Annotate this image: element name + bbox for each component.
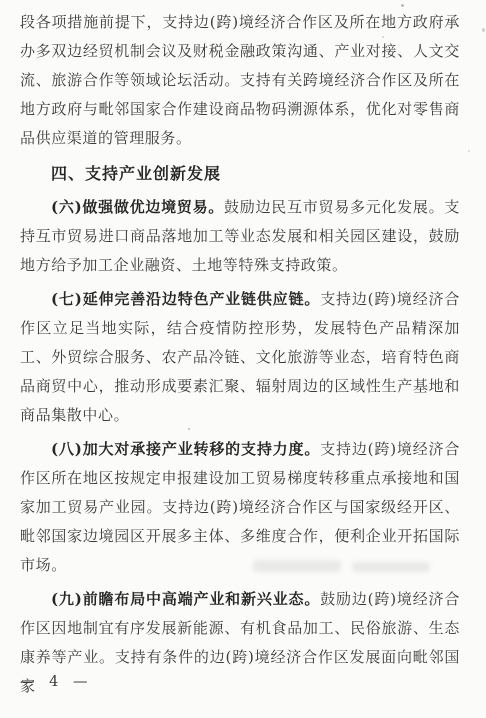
item-lead: (六)做强做优边境贸易。 [51, 198, 224, 216]
section-heading: 四、支持产业创新发展 [20, 159, 460, 188]
paragraph-item-8: (八)加大对承接产业转移的支持力度。支持边(跨)境经济合作区所在地区按规定申报建… [20, 435, 460, 580]
paragraph-continuation: 段各项措施前提下，支持边(跨)境经济合作区及所在地方政府承办多双边经贸机制会议及… [20, 8, 460, 153]
item-text: 支持边(跨)境经济合作区立足当地实际，结合疫情防控形势，发展特色产品精深加工、外… [20, 290, 460, 424]
item-text: 支持边(跨)境经济合作区所在地区按规定申报建设加工贸易梯度转移重点承接地和国家加… [20, 440, 460, 574]
item-lead: (九)前瞻布局中高端产业和新兴业态。 [51, 590, 320, 608]
paragraph-item-6: (六)做强做优边境贸易。鼓励边民互市贸易多元化发展。支持互市贸易进口商品落地加工… [20, 193, 460, 280]
paragraph-item-7: (七)延伸完善沿边特色产业链供应链。支持边(跨)境经济合作区立足当地实际，结合疫… [20, 285, 460, 430]
document-sheet: 段各项措施前提下，支持边(跨)境经济合作区及所在地方政府承办多双边经贸机制会议及… [0, 0, 486, 718]
item-lead: (七)延伸完善沿边特色产业链供应链。 [51, 290, 320, 308]
page-number: — 4 — [20, 674, 89, 690]
paragraph-text: 段各项措施前提下，支持边(跨)境经济合作区及所在地方政府承办多双边经贸机制会议及… [20, 13, 460, 147]
item-lead: (八)加大对承接产业转移的支持力度。 [51, 440, 320, 458]
scanned-document-page: { "theme":{ "paper_color":"#fbfbf9", "in… [0, 0, 486, 718]
